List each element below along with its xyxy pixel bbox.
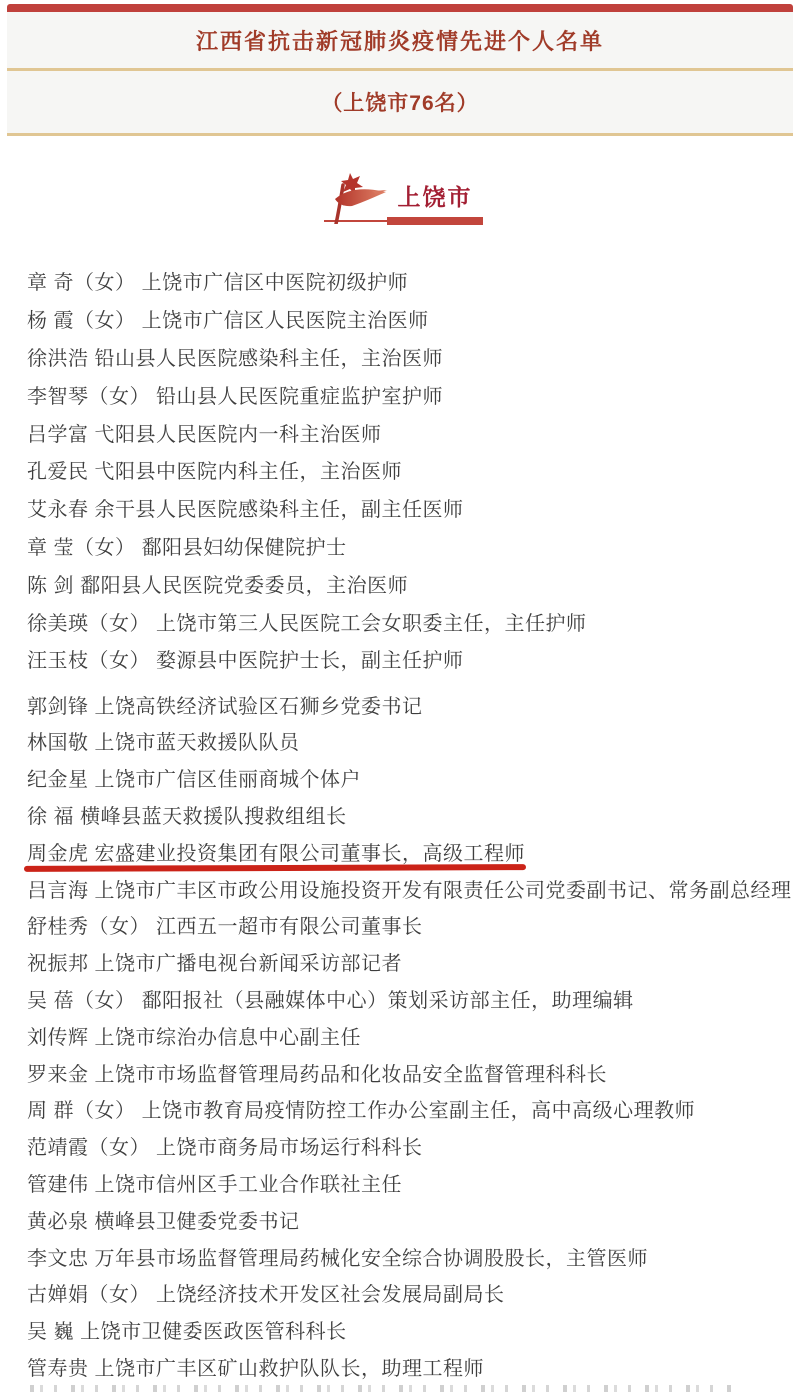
entry-text: 周 群（女） 上饶市教育局疫情防控工作办公室副主任，高中高级心理教师 [27, 1094, 695, 1123]
entry-text: 徐美瑛（女） 上饶市第三人民医院工会女职委主任，主任护师 [27, 607, 587, 636]
title-band: 江西省抗击新冠肺炎疫情先进个人名单 [7, 12, 793, 68]
entry-text: 章 奇（女） 上饶市广信区中医院初级护师 [27, 266, 408, 295]
page-title: 江西省抗击新冠肺炎疫情先进个人名单 [196, 25, 604, 56]
document-page: 江西省抗击新冠肺炎疫情先进个人名单 （上饶市76名） [0, 0, 800, 1385]
entry-text: 吴 巍 上饶市卫健委医政医管科科长 [27, 1315, 347, 1344]
entry-group-1: 章 奇（女） 上饶市广信区中医院初级护师 杨 霞（女） 上饶市广信区人民医院主治… [27, 262, 800, 678]
entry-text: 章 莹（女） 鄱阳县妇幼保健院护士 [27, 531, 347, 560]
entry-text: 刘传辉 上饶市综治办信息中心副主任 [27, 1021, 361, 1050]
list-item: 黄必泉 横峰县卫健委党委书记 [27, 1201, 800, 1238]
list-item: 周 群（女） 上饶市教育局疫情防控工作办公室副主任，高中高级心理教师 [27, 1091, 800, 1128]
list-item: 章 莹（女） 鄱阳县妇幼保健院护士 [27, 527, 800, 565]
section-heading: 上饶市 [324, 168, 477, 228]
entry-text: 管建伟 上饶市信州区手工业合作联社主任 [27, 1168, 402, 1197]
red-flag-icon [326, 172, 388, 224]
entry-text: 管寿贵 上饶市广丰区矿山救护队队长，助理工程师 [27, 1352, 484, 1381]
document-header: 江西省抗击新冠肺炎疫情先进个人名单 （上饶市76名） [7, 4, 793, 136]
entry-text: 陈 剑 鄱阳县人民医院党委委员，主治医师 [27, 569, 408, 598]
entry-text: 吕言海 上饶市广丰区市政公用设施投资开发有限责任公司党委副书记、常务副总经理 [27, 874, 792, 903]
entry-text: 舒桂秀（女） 江西五一超市有限公司董事长 [27, 910, 423, 939]
page-subtitle: （上饶市76名） [321, 87, 478, 117]
list-item: 范靖霞（女） 上饶市商务局市场运行科科长 [27, 1127, 800, 1164]
list-item: 罗来金 上饶市市场监督管理局药品和化妆品安全监督管理科科长 [27, 1054, 800, 1091]
section-underline-thick [387, 217, 483, 225]
clipped-bottom-row [30, 1385, 736, 1392]
entry-text: 范靖霞（女） 上饶市商务局市场运行科科长 [27, 1131, 423, 1160]
entry-text: 黄必泉 横峰县卫健委党委书记 [27, 1205, 300, 1234]
entry-text: 纪金星 上饶市广信区佳丽商城个体户 [27, 763, 361, 792]
section-label: 上饶市 [398, 179, 473, 216]
entry-text: 李智琴（女） 铅山县人民医院重症监护室护师 [27, 380, 443, 409]
list-item: 章 奇（女） 上饶市广信区中医院初级护师 [27, 262, 800, 300]
entry-text: 古婵娟（女） 上饶经济技术开发区社会发展局副局长 [27, 1278, 505, 1307]
list-item: 郭剑锋 上饶高铁经济试验区石狮乡党委书记 [27, 686, 800, 723]
list-item: 吴 蓓（女） 鄱阳报社（县融媒体中心）策划采访部主任，助理编辑 [27, 980, 800, 1017]
entry-text: 徐 福 横峰县蓝天救援队搜救组组长 [27, 800, 347, 829]
list-item: 陈 剑 鄱阳县人民医院党委委员，主治医师 [27, 564, 800, 602]
subtitle-band: （上饶市76名） [7, 71, 793, 133]
list-item: 汪玉枝（女） 婺源县中医院护士长，副主任护师 [27, 640, 800, 678]
list-item: 吕学富 弋阳县人民医院内一科主治医师 [27, 413, 800, 451]
entry-text: 杨 霞（女） 上饶市广信区人民医院主治医师 [27, 304, 429, 333]
list-item: 徐洪浩 铅山县人民医院感染科主任，主治医师 [27, 338, 800, 376]
list-item: 吴 巍 上饶市卫健委医政医管科科长 [27, 1311, 800, 1348]
entry-text: 李文忠 万年县市场监督管理局药械化安全综合协调股股长，主管医师 [27, 1242, 648, 1271]
entry-text: 祝振邦 上饶市广播电视台新闻采访部记者 [27, 947, 402, 976]
entry-text: 徐洪浩 铅山县人民医院感染科主任，主治医师 [27, 342, 443, 371]
entry-text: 周金虎 宏盛建业投资集团有限公司董事长，高级工程师 [27, 837, 525, 866]
list-item: 周金虎 宏盛建业投资集团有限公司董事长，高级工程师 [27, 833, 800, 870]
list-item: 祝振邦 上饶市广播电视台新闻采访部记者 [27, 943, 800, 980]
list-item: 吕言海 上饶市广丰区市政公用设施投资开发有限责任公司党委副书记、常务副总经理 [27, 870, 800, 907]
entry-text: 吴 蓓（女） 鄱阳报社（县融媒体中心）策划采访部主任，助理编辑 [27, 984, 634, 1013]
list-item: 艾永春 余干县人民医院感染科主任，副主任医师 [27, 489, 800, 527]
list-item: 刘传辉 上饶市综治办信息中心副主任 [27, 1017, 800, 1054]
entry-text: 罗来金 上饶市市场监督管理局药品和化妆品安全监督管理科科长 [27, 1058, 607, 1087]
entry-text: 汪玉枝（女） 婺源县中医院护士长，副主任护师 [27, 644, 464, 673]
list-item: 管寿贵 上饶市广丰区矿山救护队队长，助理工程师 [27, 1348, 800, 1385]
list-item: 舒桂秀（女） 江西五一超市有限公司董事长 [27, 907, 800, 944]
list-item: 李智琴（女） 铅山县人民医院重症监护室护师 [27, 375, 800, 413]
list-item: 林国敬 上饶市蓝天救援队队员 [27, 723, 800, 760]
list-item: 管建伟 上饶市信州区手工业合作联社主任 [27, 1164, 800, 1201]
list-item: 孔爱民 弋阳县中医院内科主任，主治医师 [27, 451, 800, 489]
entry-list: 章 奇（女） 上饶市广信区中医院初级护师 杨 霞（女） 上饶市广信区人民医院主治… [0, 262, 800, 1385]
list-item: 徐 福 横峰县蓝天救援队搜救组组长 [27, 796, 800, 833]
entry-text: 郭剑锋 上饶高铁经济试验区石狮乡党委书记 [27, 690, 423, 719]
top-red-bar [7, 4, 793, 12]
list-item: 杨 霞（女） 上饶市广信区人民医院主治医师 [27, 300, 800, 338]
entry-text: 林国敬 上饶市蓝天救援队队员 [27, 726, 300, 755]
entry-text: 吕学富 弋阳县人民医院内一科主治医师 [27, 418, 382, 447]
entry-text: 艾永春 余干县人民医院感染科主任，副主任医师 [27, 493, 464, 522]
list-item: 纪金星 上饶市广信区佳丽商城个体户 [27, 759, 800, 796]
list-item: 古婵娟（女） 上饶经济技术开发区社会发展局副局长 [27, 1275, 800, 1312]
gold-divider [7, 133, 793, 136]
list-item: 李文忠 万年县市场监督管理局药械化安全综合协调股股长，主管医师 [27, 1238, 800, 1275]
list-item: 徐美瑛（女） 上饶市第三人民医院工会女职委主任，主任护师 [27, 602, 800, 640]
entry-text: 孔爱民 弋阳县中医院内科主任，主治医师 [27, 455, 402, 484]
entry-group-2: 郭剑锋 上饶高铁经济试验区石狮乡党委书记 林国敬 上饶市蓝天救援队队员 纪金星 … [27, 686, 800, 1385]
